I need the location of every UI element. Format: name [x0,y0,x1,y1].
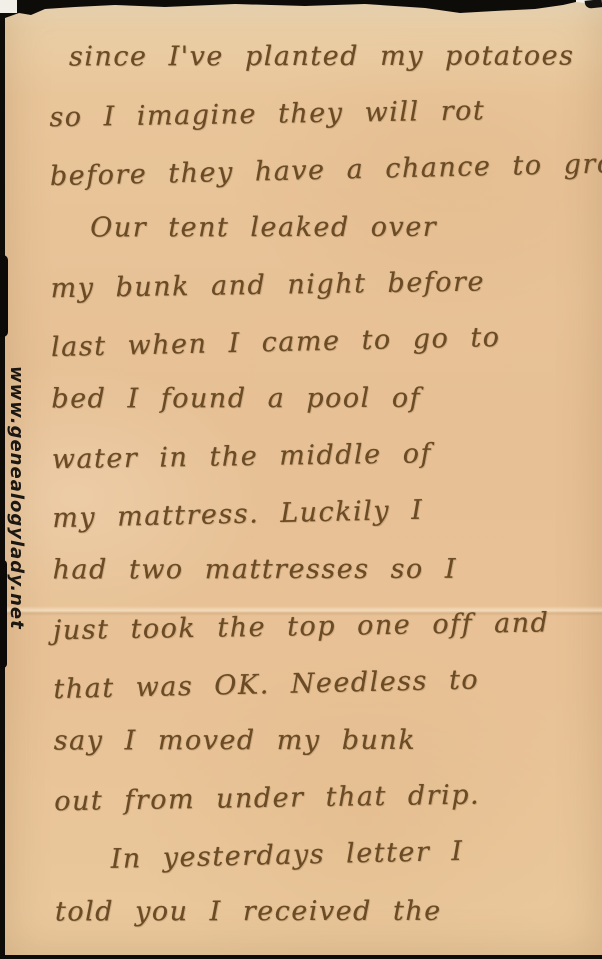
scan-edge-notch [0,255,8,337]
letter-line: out from under that drip. [54,765,597,831]
letter-body: since I've planted my potatoes so I imag… [49,26,597,942]
letter-line: had two mattresses so I [53,541,595,599]
letter-line: since I've planted my potatoes [49,28,591,86]
letter-line: before they have a chance to grow. [49,136,592,205]
letter-line: so I imagine they will rot [49,81,592,147]
letter-line: my bunk and night before [50,252,593,318]
letter-line: Our tent leaked over [50,199,592,257]
letter-line: last when I came to go to [50,307,593,376]
letter-line: my mattress. Luckily I [52,478,595,547]
letter-line: told you I received the [55,883,597,941]
scanned-letter-page: { "page": { "kind": "scanned handwritten… [0,0,602,959]
scan-edge-sliver-top-left [0,0,17,13]
letter-line: water in the middle of [51,423,594,489]
letter-line: that was OK. Needless to [53,649,596,718]
letter-line: say I moved my bunk [54,712,596,770]
watermark-text: www.genealogylady.net [6,366,27,606]
letter-line: In yesterdays letter I [54,820,597,889]
letter-line: bed I found a pool of [51,370,593,428]
letter-line: just took the top one off and [53,594,596,660]
